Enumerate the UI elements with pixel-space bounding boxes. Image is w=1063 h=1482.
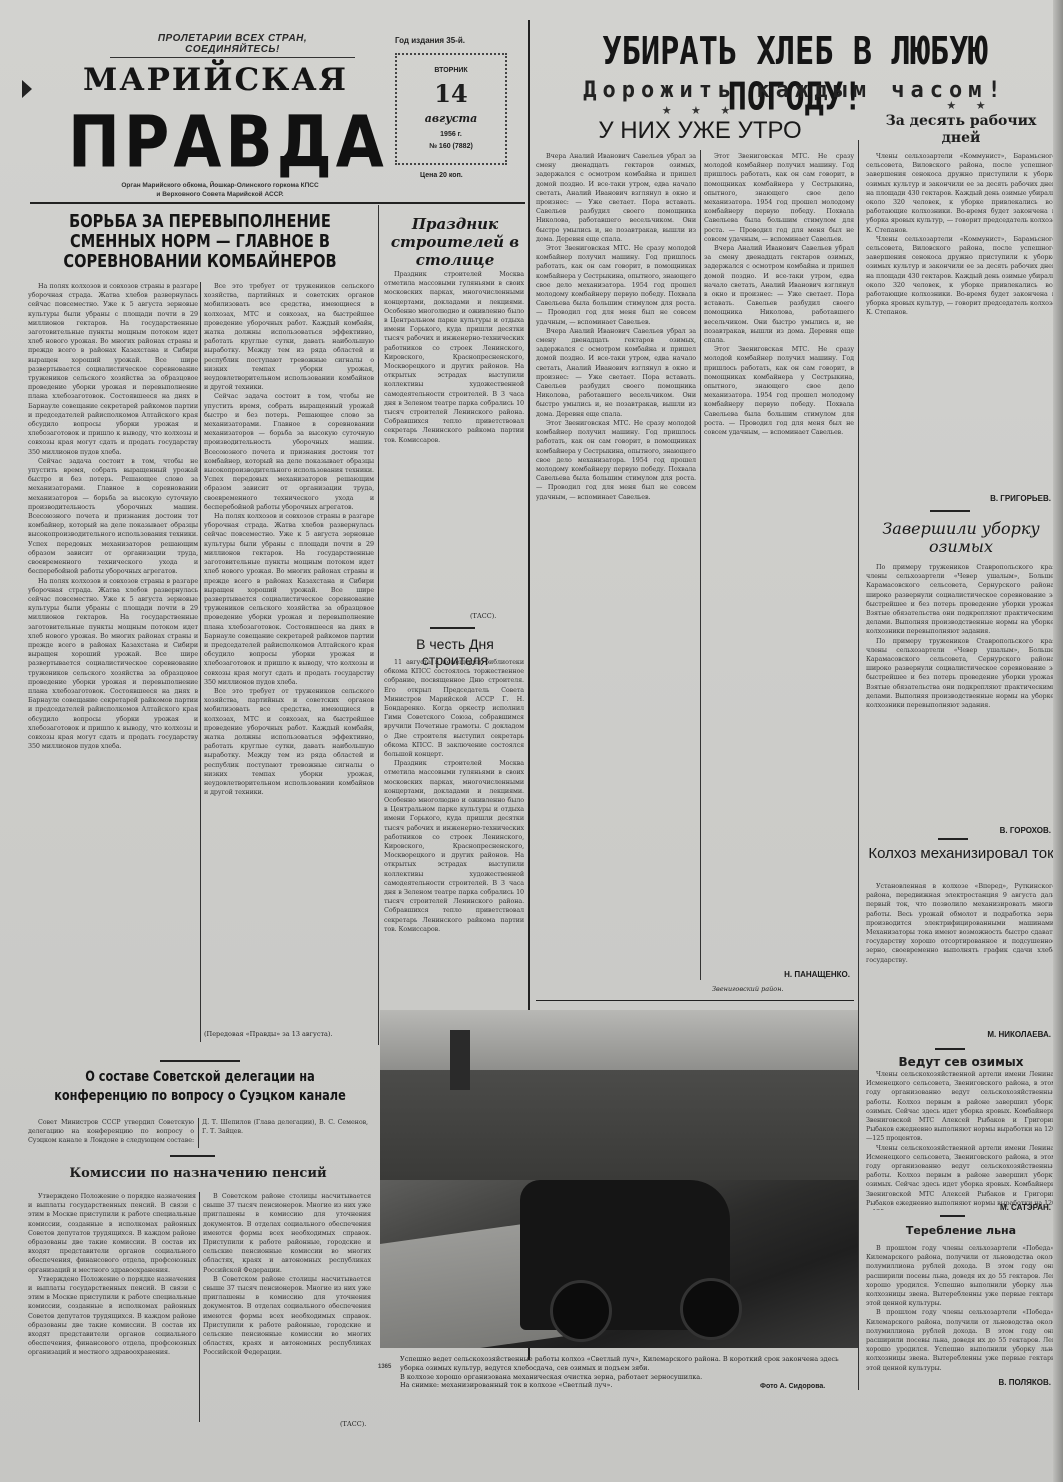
kolhoz-tok-text: Установленная в колхозе «Вперед», Руткин… [866,882,1056,965]
sev-ozimyh-text-cont: Члены сельскохозяйственной артели имени … [866,1144,1056,1210]
kolhoz-tok-headline: Колхоз механизировал ток [866,845,1056,863]
lead-col2: Все это требует от тружеников сельского … [204,282,374,1027]
month: августа [397,112,505,125]
divider [935,1048,965,1050]
sev-ozimyh-text: Члены сельскохозяйственной артели имени … [866,1070,1056,1144]
stars-ornament: ★ ★ ★ [620,104,780,117]
utro-col2-text: Этот Звениговская МТС. Не сразу молодой … [704,152,854,244]
utro-signature: Н. ПАНАЩЕНКО. [720,970,850,979]
desyat-dney-text-cont: Члены сельхозартели «Коммунист», Барамьс… [866,235,1056,318]
prazdnik-text: Праздник строителей Москва отметила масс… [384,270,524,445]
organ-line2: и Верховного Совета Марийской АССР. [80,190,360,199]
divider [160,1060,240,1062]
den-stroitelya-text: 11 августа в помещении библиотеки обкома… [384,658,524,759]
divider [938,838,968,840]
divider [430,627,475,629]
newspaper-page: ПРОЛЕТАРИИ ВСЕХ СТРАН, СОЕДИНЯЙТЕСЬ! МАР… [0,0,1063,1482]
caption-line1: Успешно ведет сельскохозяйственные работ… [400,1355,855,1373]
utro-col2-text-cont2: Этот Звениговская МТС. Не сразу молодой … [704,345,854,437]
lead-col1-text: На полях колхозов и совхозов страны в ра… [28,282,198,457]
year-of-publication: Год издания 35-й. [395,36,465,45]
prazdnik-headline: Праздник строителей в столице [385,215,525,269]
sev-ozimyh-signature: М. САТЭРАН. [866,1203,1051,1212]
zavershili-signature: В. ГОРОХОВ. [866,826,1051,835]
lead-headline: БОРЬБА ЗА ПЕРЕВЫПОЛНЕНИЕ СМЕННЫХ НОРМ — … [43,212,358,272]
suez-headline: О составе Советской делегации на конфере… [52,1068,349,1106]
weekday: ВТОРНИК [397,67,505,74]
pensii-col2-text: В Советском районе столицы насчитывается… [203,1192,371,1275]
kolhoz-tok-body: Установленная в колхозе «Вперед», Руткин… [866,882,1056,1022]
sev-ozimyh-body: Члены сельскохозяйственной артели имени … [866,1070,1056,1210]
den-stroitelya-text-cont: Праздник строителей Москва отметила масс… [384,759,524,934]
divider [940,1215,965,1217]
lead-col2-text: Сейчас задача состоит в том, чтобы не уп… [28,457,198,577]
utro-col1: Вчера Аналий Иванович Савельев убрал за … [536,152,696,1002]
lead-col1: На полях колхозов и совхозов страны в ра… [28,282,198,1047]
photo-tower [450,1030,470,1090]
lead-col3-text-cont: Все это требует от тружеников сельского … [204,687,374,797]
tereblenie-signature: В. ПОЛЯКОВ. [866,1378,1051,1387]
tereblenie-body: В прошлом году члены сельхозартели «Побе… [866,1244,1056,1374]
column-rule [200,282,201,1042]
tereblenie-text: В прошлом году члены сельхозартели «Побе… [866,1244,1056,1308]
masthead-title-line1: МАРИЙСКАЯ [78,62,353,98]
pensii-col2-text-cont: В Советском районе столицы насчитывается… [203,1275,371,1358]
prazdnik-body: Праздник строителей Москва отметила масс… [384,270,524,610]
day: 14 [397,79,505,108]
pensii-col1: Утверждено Положение о порядке назначени… [28,1192,196,1427]
masthead-rule [30,202,525,204]
pensii-source: (ТАСС). [340,1420,366,1428]
column-rule [700,150,701,980]
suez-body: Совет Министров СССР утвердил Советскую … [28,1118,368,1148]
utro-headline: У НИХ УЖЕ УТРО [540,117,860,145]
utro-col1-text-cont3: Этот Звениговская МТС. Не сразу молодой … [536,419,696,502]
photo-wheel [550,1280,612,1342]
stars-ornament: ★ ★ [900,99,1040,112]
year: 1956 г. [397,131,505,138]
utro-col1-text: Вчера Аналий Иванович Савельев убрал за … [536,152,696,244]
desyat-dney-text: Члены сельхозартели «Коммунист», Барамьс… [866,152,1056,235]
zavershili-text-cont: По примеру тружеников Ставропольского кр… [866,637,1056,711]
masthead-organ: Орган Марийского обкома, Йошкар-Олинског… [80,181,360,199]
zavershili-headline: Завершили уборку озимых [866,520,1056,556]
divider [170,1155,215,1157]
divider [930,510,970,512]
column-rule [858,140,859,1390]
desyat-dney-signature: В. ГРИГОРЬЕВ. [866,494,1051,503]
den-stroitelya-body: 11 августа в помещении библиотеки обкома… [384,658,524,1038]
suez-text: Совет Министров СССР утвердил Советскую … [28,1118,368,1146]
tereblenie-text-cont: В прошлом году члены сельхозартели «Побе… [866,1308,1056,1372]
divider [536,1000,854,1001]
issue-number: № 160 (7882) [397,143,505,150]
photo-threshing-floor [380,1010,858,1348]
lead-col3-text: Все это требует от тружеников сельского … [204,282,374,392]
organ-line1: Орган Марийского обкома, Йошкар-Олинског… [80,181,360,190]
issue-date-box: ВТОРНИК 14 августа 1956 г. № 160 (7882) [395,53,507,165]
kolhoz-tok-signature: М. НИКОЛАЕВА. [866,1030,1051,1039]
caption-line2: В колхозе хорошо организована механическ… [400,1373,855,1382]
prazdnik-source: (ТАСС). [470,612,496,620]
sev-ozimyh-headline: Ведут сев озимых [866,1055,1056,1069]
page-edge-shadow [1053,0,1063,1482]
zavershili-body: По примеру тружеников Ставропольского кр… [866,563,1056,823]
utro-district: Звениговский район. [712,985,784,993]
photo-number: 1365 [378,1364,391,1370]
lead-col2-text-cont: Сейчас задача состоит в том, чтобы не уп… [204,392,374,512]
tereblenie-headline: Теребление льна [866,1224,1056,1237]
pensii-headline: Комиссии по назначению пенсий [28,1165,368,1182]
desyat-dney-body: Члены сельхозартели «Коммунист», Барамьс… [866,152,1056,487]
utro-col1-text-cont: Этот Звениговская МТС. Не сразу молодой … [536,244,696,327]
utro-col2: Этот Звениговская МТС. Не сразу молодой … [704,152,854,962]
pensii-col2: В Советском районе столицы насчитывается… [203,1192,371,1417]
desyat-dney-headline: За десять рабочих дней [866,113,1056,147]
utro-col2-text-cont: Вчера Аналий Иванович Савельев убрал за … [704,244,854,345]
column-rule [378,205,379,1045]
column-rule [199,1192,200,1422]
lead-col1-text-cont: На полях колхозов и совхозов страны в ра… [28,577,198,752]
utro-col1-text-cont2: Вчера Аналий Иванович Савельев убрал за … [536,327,696,419]
margin-arrow-icon [22,80,32,98]
zavershili-text: По примеру тружеников Ставропольского кр… [866,563,1056,637]
photo-wheel [680,1278,742,1340]
pensii-col1-text-cont: Утверждено Положение о порядке назначени… [28,1275,196,1358]
masthead-motto: ПРОЛЕТАРИИ ВСЕХ СТРАН, СОЕДИНЯЙТЕСЬ! [110,33,355,58]
price: Цена 20 коп. [420,172,463,179]
pensii-col1-text: Утверждено Положение о порядке назначени… [28,1192,196,1275]
lead-col1-text-cont2: На полях колхозов и совхозов страны в ра… [204,512,374,687]
masthead-title-line2: ПРАВДА [68,100,358,184]
lead-source: (Передовая «Правды» за 13 августа). [204,1030,374,1038]
photo-credit: Фото А. Сидорова. [760,1383,825,1390]
